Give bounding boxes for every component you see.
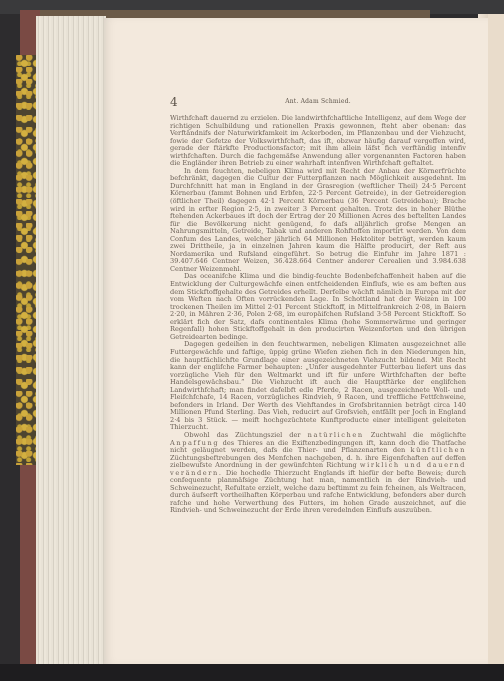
- text-run: Die hochedle Thierzucht Englands ift hie…: [170, 469, 466, 515]
- paragraph-2: In dem feuchten, nebeligen Klima wird mi…: [170, 168, 466, 274]
- page-stack-edges: [36, 16, 106, 664]
- body-text: Wirthfchaft dauernd zu erzielen. Die lan…: [170, 115, 466, 515]
- running-head: 4 Ant. Adam Schmied.: [170, 95, 466, 109]
- facing-page-edge: [488, 14, 504, 670]
- paragraph-3: Das oceanifche Klima und die bindig-feuc…: [170, 273, 466, 341]
- paragraph-4: Dagegen gedeihen in den feuchtwarmen, ne…: [170, 341, 466, 432]
- background-bottom: [0, 664, 504, 681]
- running-head-title: Ant. Adam Schmied.: [170, 98, 466, 106]
- paragraph-1: Wirthfchaft dauernd zu erzielen. Die lan…: [170, 115, 466, 168]
- paragraph-5: Obwohl das Züchtungsziel der natürlichen…: [170, 432, 466, 515]
- marbled-cover-pattern: [16, 55, 36, 465]
